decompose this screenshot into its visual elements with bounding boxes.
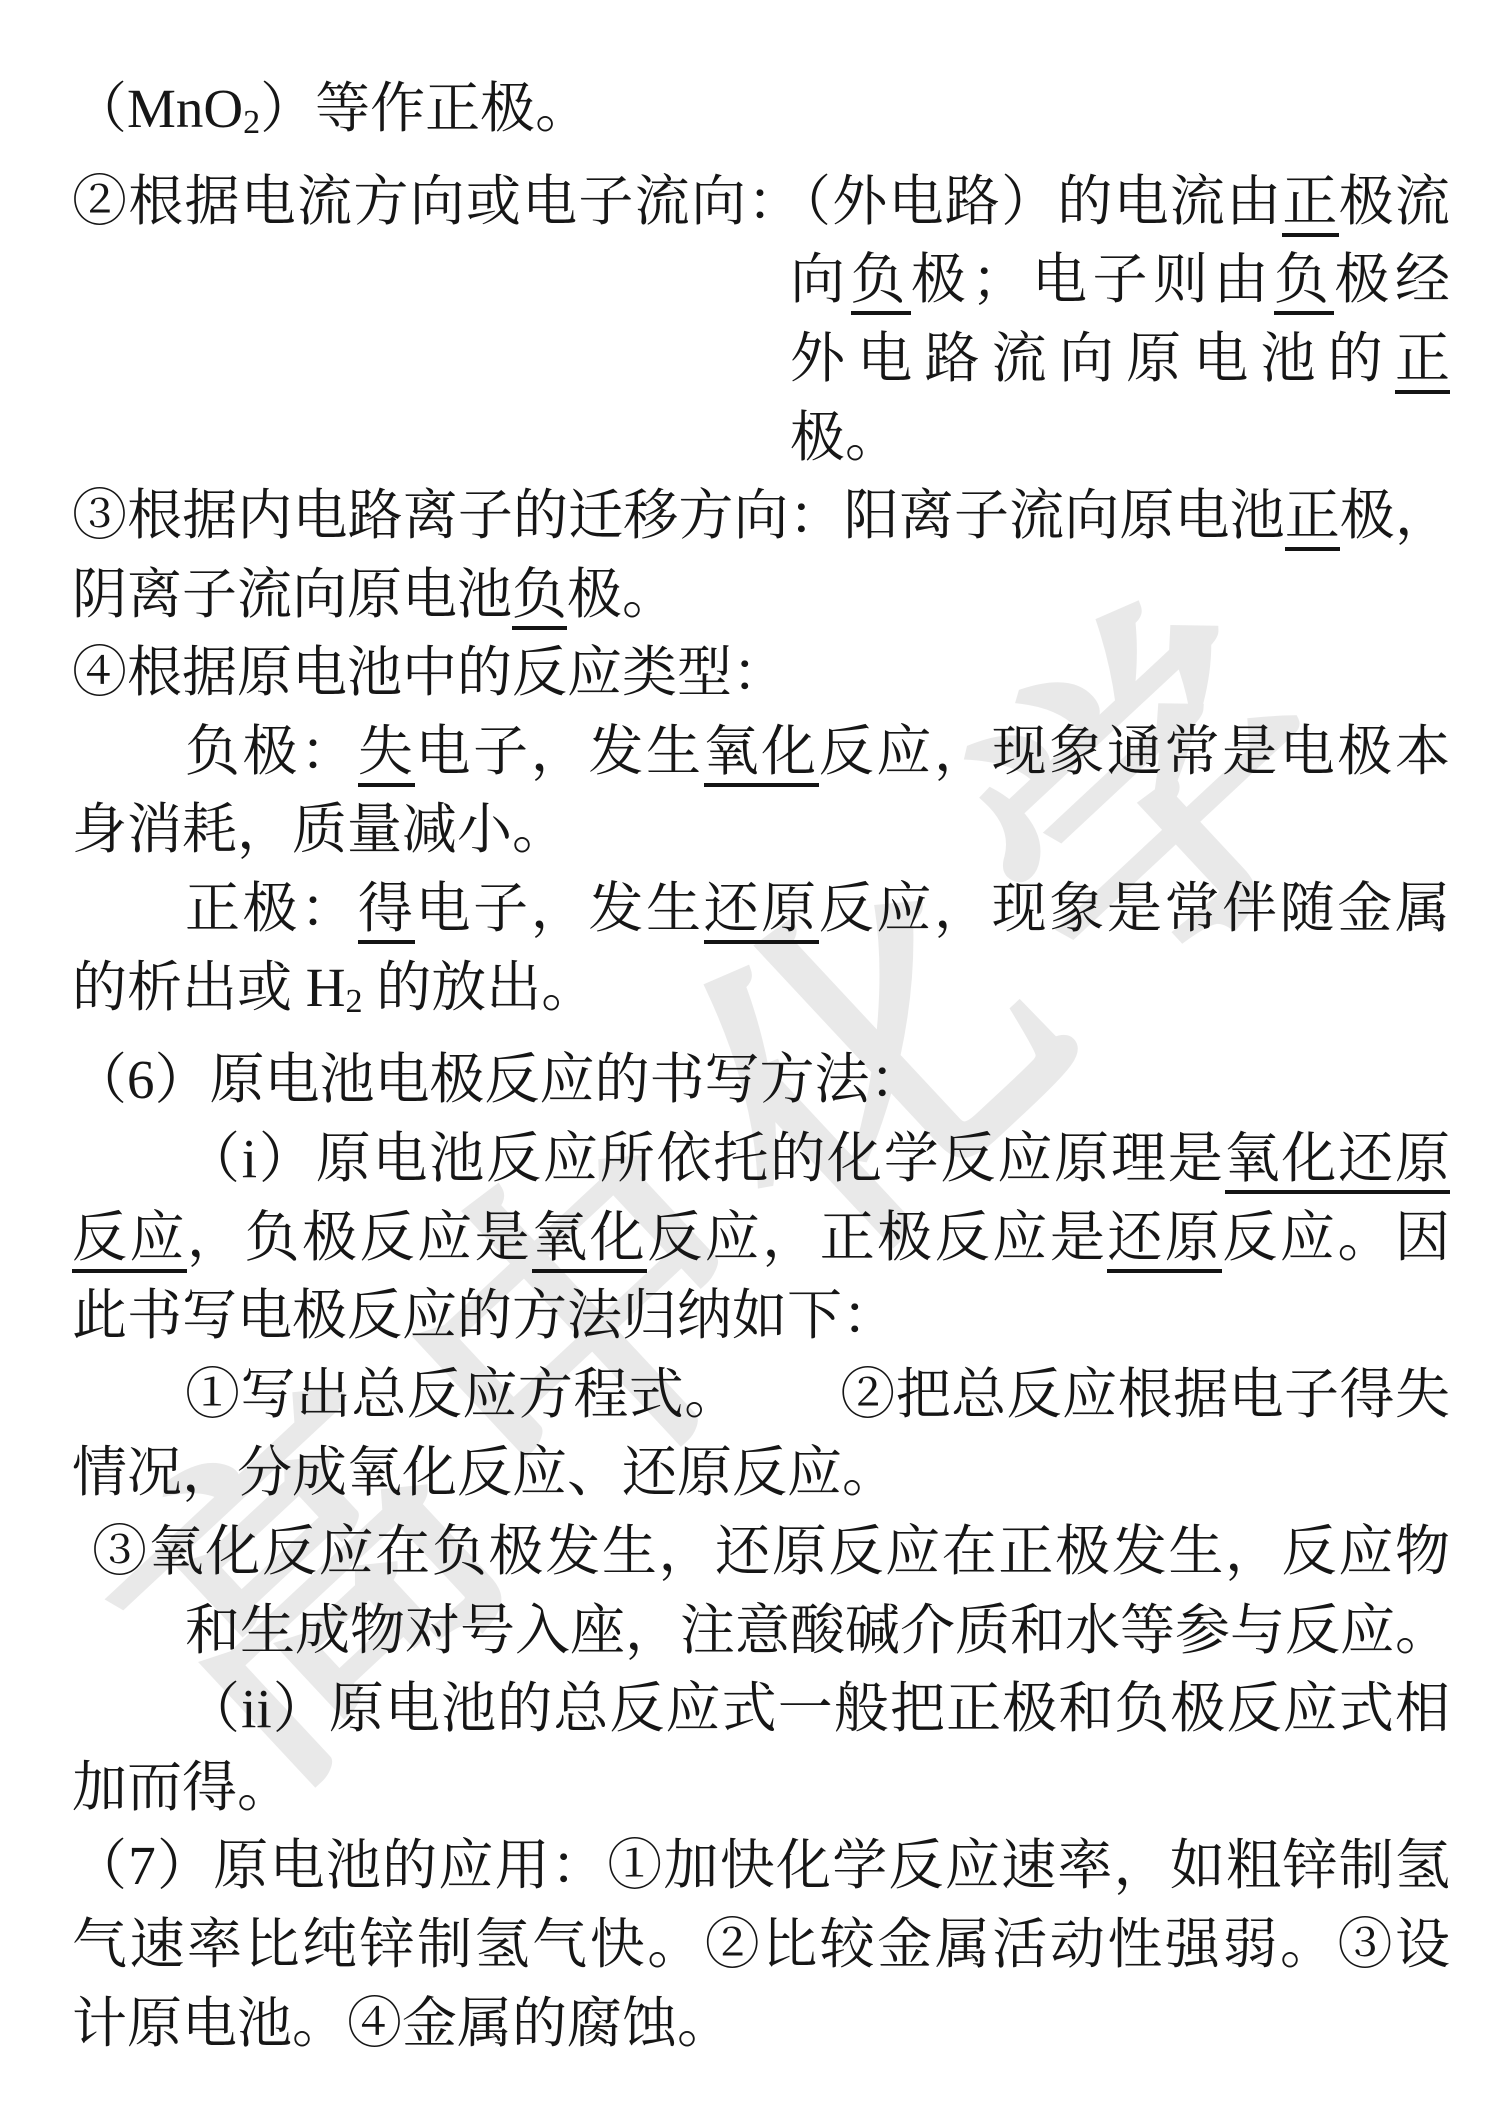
text-segment: 正极： [185,878,358,939]
text-segment: 外电路流向原电池的 [790,328,1395,389]
text-line: ①写出总反应方程式。②把总反应根据电子得失 [72,1356,1450,1435]
text-line: （7）原电池的应用：①加快化学反应速率，如粗锌制氢 [72,1827,1450,1906]
text-segment: （i）原电池反应所依托的化学反应原理是 [185,1128,1225,1189]
underlined-text: 正 [1285,485,1340,551]
underlined-text: 氧化 [532,1207,647,1273]
text-line: 极。 [72,399,1450,478]
text-segment: 极经 [1334,249,1450,310]
text-segment: ④根据原电池中的反应类型： [72,642,787,703]
text-segment: 电子，发生 [415,878,703,939]
text-line: 负极：失电子，发生氧化反应，现象通常是电极本 [72,713,1450,792]
text-line: 阴离子流向原电池负极。 [72,556,1450,635]
subscript-text: 2 [243,104,260,141]
text-line: 的析出或 H2 的放出。 [72,949,1450,1042]
text-segment: （ii）原电池的总反应式一般把正极和负极反应式相 [185,1678,1450,1739]
underlined-text: 反应 [72,1207,187,1273]
text-segment: ）等作正极。 [260,78,590,139]
text-line: 外电路流向原电池的正 [72,320,1450,399]
text-segment: 此书写电极反应的方法归纳如下： [72,1285,897,1346]
text-segment: ②根据电流方向或电子流向：（外电路）的电流由 [72,171,1282,232]
text-line: 此书写电极反应的方法归纳如下： [72,1277,1450,1356]
text-segment: 极。 [567,564,677,625]
text-body: （MnO2）等作正极。②根据电流方向或电子流向：（外电路）的电流由正极流向负极；… [72,70,1450,2063]
text-segment: 计原电池。④金属的腐蚀。 [72,1993,732,2054]
text-segment: 反应，正极反应是 [647,1207,1107,1268]
text-line: 计原电池。④金属的腐蚀。 [72,1985,1450,2064]
text-line: ②根据电流方向或电子流向：（外电路）的电流由正极流 [72,163,1450,242]
text-line: ③氧化反应在负极发生，还原反应在正极发生，反应物 [72,1513,1450,1592]
text-segment: 气速率比纯锌制氢气快。②比较金属活动性强弱。③设 [72,1914,1450,1975]
text-line: 气速率比纯锌制氢气快。②比较金属活动性强弱。③设 [72,1906,1450,1985]
underlined-text: 氧化 [704,721,819,787]
text-segment: 身消耗，质量减小。 [72,799,567,860]
text-segment: 反应。因 [1222,1207,1450,1268]
underlined-text: 负 [1274,249,1335,315]
text-segment: ③根据内电路离子的迁移方向：阳离子流向原电池 [72,485,1285,546]
text-segment: 阴离子流向原电池 [72,564,512,625]
text-segment: 极；电子则由 [911,249,1274,310]
text-segment: （MnO [72,78,243,139]
text-segment: （6）原电池电极反应的书写方法： [72,1049,925,1110]
text-line: 情况，分成氧化反应、还原反应。 [72,1434,1450,1513]
text-segment: 电子，发生 [415,721,703,782]
underlined-text: 负 [851,249,912,315]
text-segment: 和生成物对号入座，注意酸碱介质和水等参与反应。 [185,1600,1450,1661]
text-segment: （7）原电池的应用：①加快化学反应速率，如粗锌制氢 [72,1835,1450,1896]
text-line: 向负极；电子则由负极经 [72,241,1450,320]
underlined-text: 负 [512,564,567,630]
text-segment: 向 [790,249,851,310]
text-segment: 加而得。 [72,1757,292,1818]
text-line: 身消耗，质量减小。 [72,791,1450,870]
subscript-text: 2 [345,983,362,1020]
text-line: 反应，负极反应是氧化反应，正极反应是还原反应。因 [72,1199,1450,1278]
text-segment: 极， [1340,485,1450,546]
text-segment: ，负极反应是 [187,1207,532,1268]
text-line: ④根据原电池中的反应类型： [72,634,1450,713]
text-segment: ②把总反应根据电子得失 [840,1364,1450,1425]
text-segment: 的析出或 H [72,957,345,1018]
text-segment: 情况，分成氧化反应、还原反应。 [72,1442,897,1503]
text-line: （ii）原电池的总反应式一般把正极和负极反应式相 [72,1670,1450,1749]
text-segment: 的放出。 [363,957,597,1018]
text-segment: 反应，现象通常是电极本 [819,721,1450,782]
text-segment: 极。 [790,407,900,468]
underlined-text: 还原 [704,878,819,944]
underlined-text: 得 [358,878,416,944]
text-segment: 负极： [185,721,358,782]
text-line: 加而得。 [72,1749,1450,1828]
text-segment: 反应，现象是常伴随金属 [819,878,1450,939]
text-line: 和生成物对号入座，注意酸碱介质和水等参与反应。 [72,1592,1450,1671]
text-segment: ③氧化反应在负极发生，还原反应在正极发生，反应物 [92,1521,1450,1582]
text-line: （6）原电池电极反应的书写方法： [72,1041,1450,1120]
underlined-text: 还原 [1107,1207,1222,1273]
text-line: 正极：得电子，发生还原反应，现象是常伴随金属 [72,870,1450,949]
text-line: （MnO2）等作正极。 [72,70,1450,163]
text-segment: ①写出总反应方程式。 [185,1364,740,1425]
text-line: ③根据内电路离子的迁移方向：阳离子流向原电池正极， [72,477,1450,556]
underlined-text: 正 [1395,328,1450,394]
underlined-text: 氧化还原 [1225,1128,1450,1194]
underlined-text: 失 [358,721,416,787]
text-segment: 极流 [1339,171,1450,232]
underlined-text: 正 [1282,171,1338,237]
text-line: （i）原电池反应所依托的化学反应原理是氧化还原 [72,1120,1450,1199]
